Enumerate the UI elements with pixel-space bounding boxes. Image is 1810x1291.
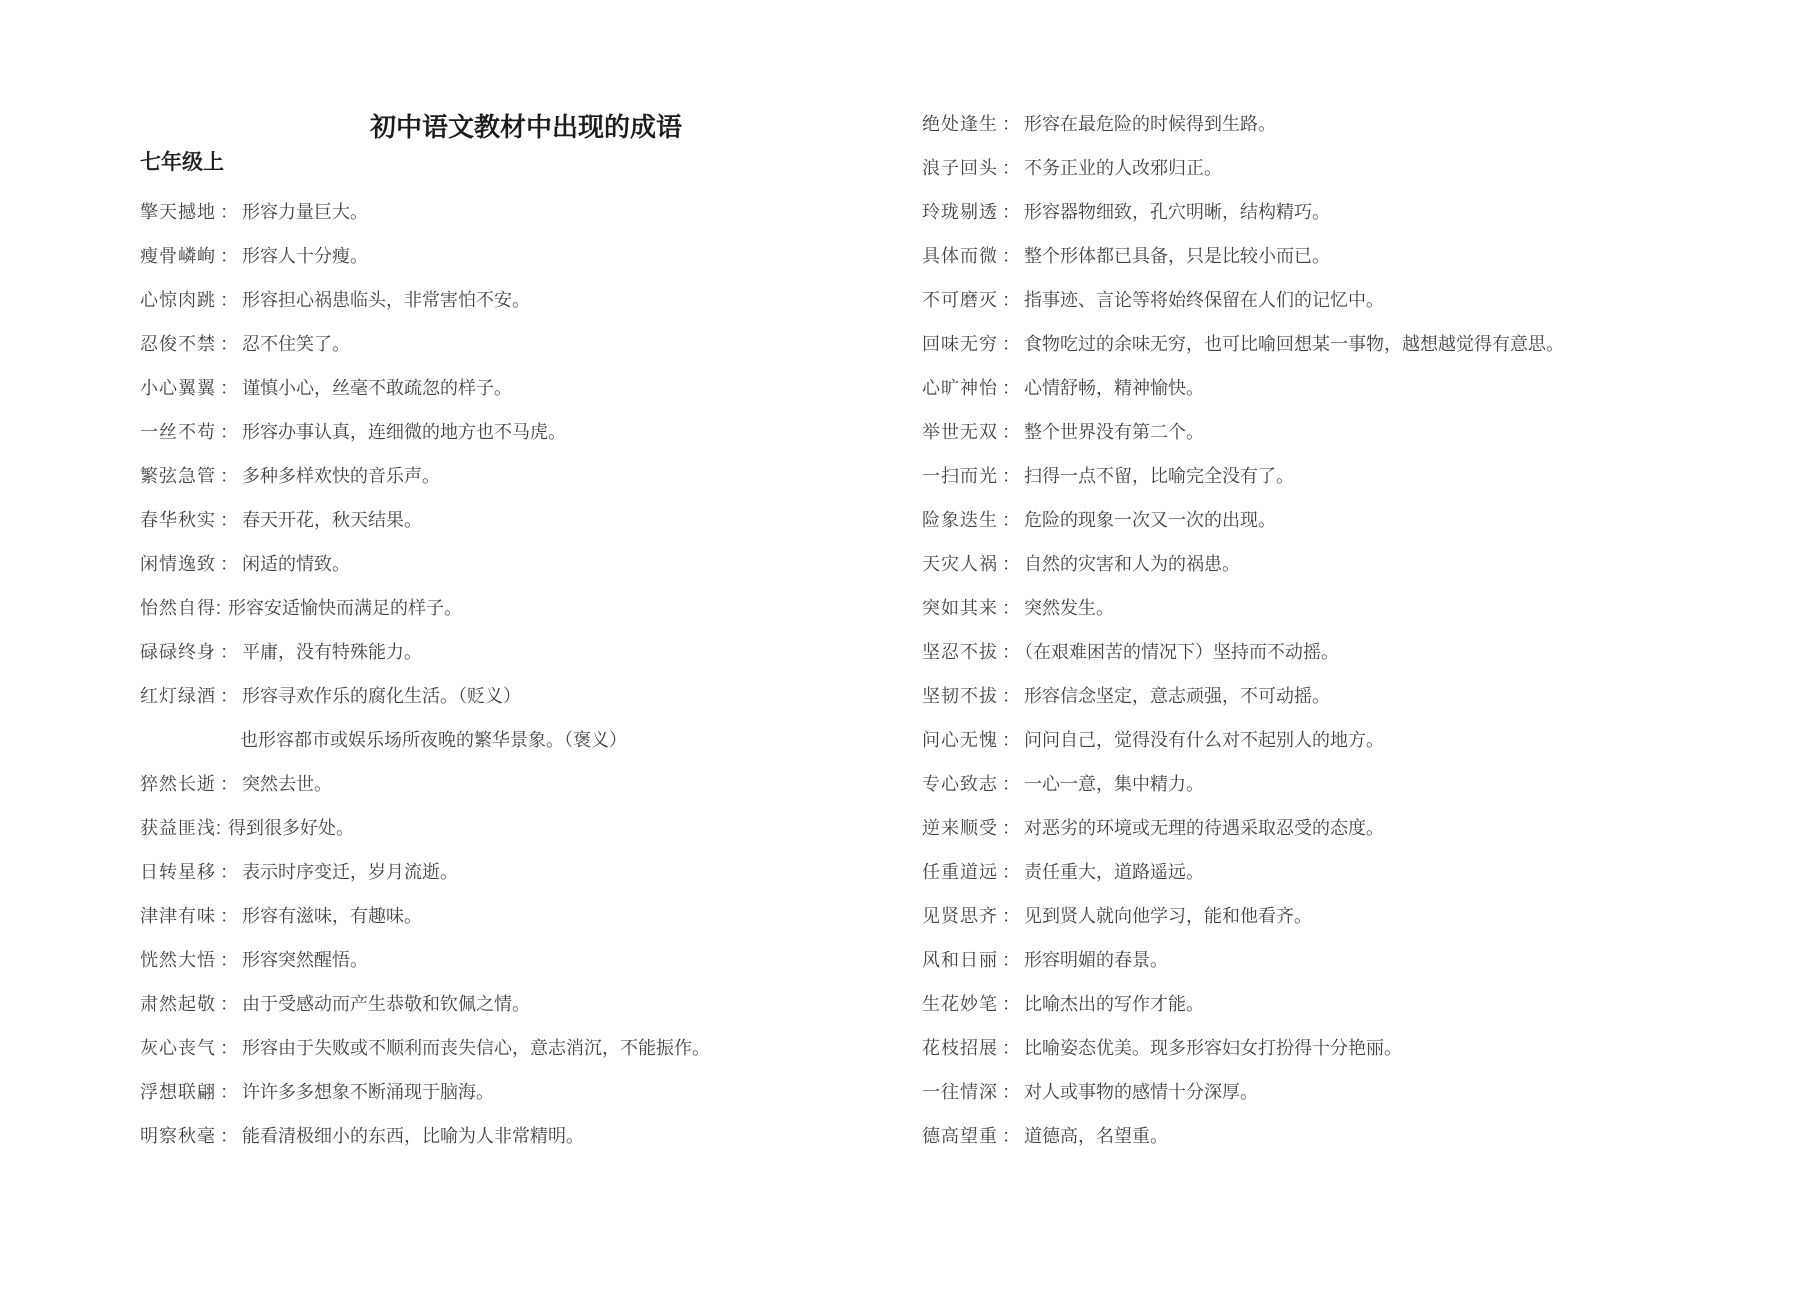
idiom-entry: 一往情深：对人或事物的感情十分深厚。: [922, 1070, 1682, 1114]
colon-separator: ：: [216, 774, 242, 794]
colon-separator: ：: [216, 686, 242, 706]
idiom-term: 获益匪浅: [140, 818, 216, 838]
idiom-definition: 形容有滋味，有趣味。: [242, 906, 422, 926]
colon-separator: ：: [216, 906, 242, 926]
idiom-entry: 具体而微：整个形体都已具备，只是比较小而已。: [922, 234, 1682, 278]
idiom-term: 逆来顺受: [922, 818, 998, 838]
idiom-definition: 春天开花，秋天结果。: [242, 510, 422, 530]
idiom-definition: 责任重大，道路遥远。: [1024, 862, 1204, 882]
idiom-entry: 闲情逸致：闲适的情致。: [140, 542, 920, 586]
idiom-definition: 形容明媚的春景。: [1024, 950, 1168, 970]
idiom-definition: 对人或事物的感情十分深厚。: [1024, 1082, 1258, 1102]
idiom-entry: 逆来顺受：对恶劣的环境或无理的待遇采取忍受的态度。: [922, 806, 1682, 850]
colon-separator: ：: [998, 598, 1024, 618]
idiom-term: 任重道远: [922, 862, 998, 882]
colon-separator: ：: [216, 202, 242, 222]
idiom-definition: 突然发生。: [1024, 598, 1114, 618]
idiom-entry: 也形容都市或娱乐场所夜晚的繁华景象。（褒义）: [140, 718, 920, 762]
idiom-term: 津津有味: [140, 906, 216, 926]
idiom-term: 怡然自得: [140, 598, 216, 618]
idiom-term: 举世无双: [922, 422, 998, 442]
idiom-definition: 忍不住笑了。: [242, 334, 350, 354]
idiom-term: 突如其来: [922, 598, 998, 618]
idiom-definition: 形容安适愉快而满足的样子。: [228, 598, 462, 618]
idiom-term: 红灯绿酒: [140, 686, 216, 706]
colon-separator: ：: [998, 1126, 1024, 1146]
idiom-definition: 指事迹、言论等将始终保留在人们的记忆中。: [1024, 290, 1384, 310]
idiom-definition: 扫得一点不留，比喻完全没有了。: [1024, 466, 1294, 486]
idiom-term: 灰心丧气: [140, 1038, 216, 1058]
idiom-entry: 问心无愧：问问自己，觉得没有什么对不起别人的地方。: [922, 718, 1682, 762]
idiom-definition: 整个形体都已具备，只是比较小而已。: [1024, 246, 1330, 266]
idiom-entry: 回味无穷：食物吃过的余味无穷，也可比喻回想某一事物，越想越觉得有意思。: [922, 322, 1682, 366]
idiom-entry: 猝然长逝：突然去世。: [140, 762, 920, 806]
idiom-entry: 获益匪浅:得到很多好处。: [140, 806, 920, 850]
idiom-entry: 德高望重：道德高，名望重。: [922, 1114, 1682, 1158]
idiom-term: 回味无穷: [922, 334, 998, 354]
colon-separator: ：: [998, 554, 1024, 574]
idiom-definition: 食物吃过的余味无穷，也可比喻回想某一事物，越想越觉得有意思。: [1024, 334, 1564, 354]
idiom-entry: 举世无双：整个世界没有第二个。: [922, 410, 1682, 454]
idiom-definition: 见到贤人就向他学习，能和他看齐。: [1024, 906, 1312, 926]
colon-separator: ：: [216, 246, 242, 266]
colon-separator: :: [216, 598, 221, 618]
idiom-entry: 恍然大悟：形容突然醒悟。: [140, 938, 920, 982]
idiom-term: 险象迭生: [922, 510, 998, 530]
idiom-definition: 比喻杰出的写作才能。: [1024, 994, 1204, 1014]
colon-separator: ：: [998, 642, 1024, 662]
colon-separator: ：: [998, 818, 1024, 838]
colon-separator: ：: [216, 290, 242, 310]
idiom-definition: 也形容都市或娱乐场所夜晚的繁华景象。（褒义）: [240, 730, 627, 750]
idiom-term: 生花妙笔: [922, 994, 998, 1014]
idiom-entry: 专心致志：一心一意，集中精力。: [922, 762, 1682, 806]
idiom-term: 繁弦急管: [140, 466, 216, 486]
colon-separator: ：: [998, 158, 1024, 178]
idiom-entry: 不可磨灭：指事迹、言论等将始终保留在人们的记忆中。: [922, 278, 1682, 322]
idiom-definition: 得到很多好处。: [228, 818, 354, 838]
idiom-definition: 形容在最危险的时候得到生路。: [1024, 114, 1276, 134]
idiom-entry: 心旷神怡：心情舒畅，精神愉快。: [922, 366, 1682, 410]
colon-separator: ：: [998, 994, 1024, 1014]
idiom-term: 不可磨灭: [922, 290, 998, 310]
idiom-term: 擎天撼地: [140, 202, 216, 222]
idiom-definition: 问问自己，觉得没有什么对不起别人的地方。: [1024, 730, 1384, 750]
idiom-entry: 一扫而光：扫得一点不留，比喻完全没有了。: [922, 454, 1682, 498]
idiom-entry: 肃然起敬：由于受感动而产生恭敬和钦佩之情。: [140, 982, 920, 1026]
idiom-term: 猝然长逝: [140, 774, 216, 794]
colon-separator: ：: [998, 906, 1024, 926]
idiom-term: 瘦骨嶙峋: [140, 246, 216, 266]
idiom-definition: 自然的灾害和人为的祸患。: [1024, 554, 1240, 574]
idiom-term: 问心无愧: [922, 730, 998, 750]
idiom-term: 坚忍不拔: [922, 642, 998, 662]
idiom-definition: 比喻姿态优美。现多形容妇女打扮得十分艳丽。: [1024, 1038, 1402, 1058]
idiom-term: 忍俊不禁: [140, 334, 216, 354]
idiom-term: 碌碌终身: [140, 642, 216, 662]
idiom-definition: 形容办事认真，连细微的地方也不马虎。: [242, 422, 566, 442]
idiom-entry: 忍俊不禁：忍不住笑了。: [140, 322, 920, 366]
idiom-term: 闲情逸致: [140, 554, 216, 574]
idiom-definition: 表示时序变迁，岁月流逝。: [242, 862, 458, 882]
colon-separator: ：: [998, 862, 1024, 882]
idiom-entry: 小心翼翼：谨慎小心，丝毫不敢疏忽的样子。: [140, 366, 920, 410]
idiom-definition: 形容寻欢作乐的腐化生活。（贬义）: [242, 686, 521, 706]
colon-separator: ：: [998, 246, 1024, 266]
idiom-entry: 险象迭生：危险的现象一次又一次的出现。: [922, 498, 1682, 542]
idiom-entry: 见贤思齐：见到贤人就向他学习，能和他看齐。: [922, 894, 1682, 938]
idiom-definition: 心情舒畅，精神愉快。: [1024, 378, 1204, 398]
idiom-entry: 明察秋毫：能看清极细小的东西，比喻为人非常精明。: [140, 1114, 920, 1158]
idiom-term: 心惊肉跳: [140, 290, 216, 310]
idiom-entry: 擎天撼地：形容力量巨大。: [140, 190, 920, 234]
colon-separator: ：: [216, 554, 242, 574]
idiom-term: 恍然大悟: [140, 950, 216, 970]
idiom-definition: 谨慎小心，丝毫不敢疏忽的样子。: [242, 378, 512, 398]
idiom-entry: 怡然自得:形容安适愉快而满足的样子。: [140, 586, 920, 630]
idiom-term: 浮想联翩: [140, 1082, 216, 1102]
idiom-term: 绝处逢生: [922, 114, 998, 134]
idiom-definition: 能看清极细小的东西，比喻为人非常精明。: [242, 1126, 584, 1146]
idiom-entry: 浮想联翩：许许多多想象不断涌现于脑海。: [140, 1070, 920, 1114]
idiom-definition: 形容由于失败或不顺利而丧失信心，意志消沉，不能振作。: [242, 1038, 710, 1058]
idiom-entry: 浪子回头：不务正业的人改邪归正。: [922, 146, 1682, 190]
idiom-definition: （在艰难困苦的情况下）坚持而不动摇。: [1024, 642, 1339, 662]
colon-separator: ：: [216, 1126, 242, 1146]
idiom-definition: 闲适的情致。: [242, 554, 350, 574]
idiom-entry: 一丝不苟：形容办事认真，连细微的地方也不马虎。: [140, 410, 920, 454]
idiom-entry: 坚韧不拔：形容信念坚定，意志顽强，不可动摇。: [922, 674, 1682, 718]
idiom-entry: 津津有味：形容有滋味，有趣味。: [140, 894, 920, 938]
idiom-entry: 生花妙笔：比喻杰出的写作才能。: [922, 982, 1682, 1026]
idiom-term: 玲珑剔透: [922, 202, 998, 222]
colon-separator: ：: [216, 378, 242, 398]
colon-separator: ：: [998, 686, 1024, 706]
idiom-term: 一往情深: [922, 1082, 998, 1102]
colon-separator: ：: [216, 1082, 242, 1102]
colon-separator: :: [216, 818, 221, 838]
colon-separator: ：: [216, 1038, 242, 1058]
idiom-entry: 坚忍不拔：（在艰难困苦的情况下）坚持而不动摇。: [922, 630, 1682, 674]
colon-separator: ：: [998, 774, 1024, 794]
colon-separator: ：: [998, 950, 1024, 970]
colon-separator: ：: [998, 422, 1024, 442]
idiom-entry: 瘦骨嶙峋：形容人十分瘦。: [140, 234, 920, 278]
colon-separator: ：: [998, 466, 1024, 486]
idiom-entry: 碌碌终身：平庸，没有特殊能力。: [140, 630, 920, 674]
colon-separator: ：: [998, 730, 1024, 750]
idiom-definition: 形容人十分瘦。: [242, 246, 368, 266]
colon-separator: ：: [998, 378, 1024, 398]
idiom-definition: 许许多多想象不断涌现于脑海。: [242, 1082, 494, 1102]
idiom-definition: 形容信念坚定，意志顽强，不可动摇。: [1024, 686, 1330, 706]
colon-separator: ：: [998, 1038, 1024, 1058]
idiom-definition: 由于受感动而产生恭敬和钦佩之情。: [242, 994, 530, 1014]
idiom-term: 小心翼翼: [140, 378, 216, 398]
idiom-term: 一扫而光: [922, 466, 998, 486]
colon-separator: ：: [216, 950, 242, 970]
idiom-term: 见贤思齐: [922, 906, 998, 926]
idiom-entry: 繁弦急管：多种多样欢快的音乐声。: [140, 454, 920, 498]
idiom-entry: 玲珑剔透：形容器物细致，孔穴明晰，结构精巧。: [922, 190, 1682, 234]
idiom-term: 坚韧不拔: [922, 686, 998, 706]
idiom-definition: 形容力量巨大。: [242, 202, 368, 222]
document-page: 初中语文教材中出现的成语 七年级上 擎天撼地：形容力量巨大。瘦骨嶙峋：形容人十分…: [0, 0, 1810, 1291]
colon-separator: ：: [998, 290, 1024, 310]
colon-separator: ：: [216, 422, 242, 442]
idiom-term: 日转星移: [140, 862, 216, 882]
idiom-definition: 突然去世。: [242, 774, 332, 794]
colon-separator: ：: [216, 466, 242, 486]
idiom-definition: 不务正业的人改邪归正。: [1024, 158, 1222, 178]
page-title: 初中语文教材中出现的成语: [140, 112, 912, 142]
colon-separator: ：: [216, 510, 242, 530]
right-column: 绝处逢生：形容在最危险的时候得到生路。浪子回头：不务正业的人改邪归正。玲珑剔透：…: [922, 102, 1682, 1158]
colon-separator: ：: [216, 862, 242, 882]
idiom-definition: 平庸，没有特殊能力。: [242, 642, 422, 662]
section-heading: 七年级上: [140, 150, 224, 176]
idiom-entry: 任重道远：责任重大，道路遥远。: [922, 850, 1682, 894]
idiom-term: 专心致志: [922, 774, 998, 794]
idiom-term: 具体而微: [922, 246, 998, 266]
idiom-entry: 花枝招展：比喻姿态优美。现多形容妇女打扮得十分艳丽。: [922, 1026, 1682, 1070]
colon-separator: ：: [216, 642, 242, 662]
idiom-definition: 一心一意，集中精力。: [1024, 774, 1204, 794]
idiom-definition: 形容突然醒悟。: [242, 950, 368, 970]
colon-separator: ：: [998, 114, 1024, 134]
idiom-definition: 对恶劣的环境或无理的待遇采取忍受的态度。: [1024, 818, 1384, 838]
idiom-entry: 绝处逢生：形容在最危险的时候得到生路。: [922, 102, 1682, 146]
idiom-entry: 突如其来：突然发生。: [922, 586, 1682, 630]
idiom-entry: 风和日丽：形容明媚的春景。: [922, 938, 1682, 982]
colon-separator: ：: [998, 1082, 1024, 1102]
idiom-definition: 形容器物细致，孔穴明晰，结构精巧。: [1024, 202, 1330, 222]
colon-separator: ：: [216, 994, 242, 1014]
idiom-term: 风和日丽: [922, 950, 998, 970]
idiom-term: 明察秋毫: [140, 1126, 216, 1146]
idiom-term: 德高望重: [922, 1126, 998, 1146]
idiom-definition: 形容担心祸患临头，非常害怕不安。: [242, 290, 530, 310]
idiom-term: 春华秋实: [140, 510, 216, 530]
idiom-definition: 多种多样欢快的音乐声。: [242, 466, 440, 486]
idiom-term: 肃然起敬: [140, 994, 216, 1014]
idiom-definition: 道德高，名望重。: [1024, 1126, 1168, 1146]
left-column: 擎天撼地：形容力量巨大。瘦骨嶙峋：形容人十分瘦。心惊肉跳：形容担心祸患临头，非常…: [140, 190, 920, 1158]
idiom-entry: 日转星移：表示时序变迁，岁月流逝。: [140, 850, 920, 894]
idiom-term: 心旷神怡: [922, 378, 998, 398]
idiom-term: 浪子回头: [922, 158, 998, 178]
idiom-term: 花枝招展: [922, 1038, 998, 1058]
idiom-entry: 灰心丧气：形容由于失败或不顺利而丧失信心，意志消沉，不能振作。: [140, 1026, 920, 1070]
idiom-entry: 天灾人祸：自然的灾害和人为的祸患。: [922, 542, 1682, 586]
idiom-definition: 整个世界没有第二个。: [1024, 422, 1204, 442]
colon-separator: ：: [998, 202, 1024, 222]
idiom-term: 天灾人祸: [922, 554, 998, 574]
idiom-entry: 红灯绿酒：形容寻欢作乐的腐化生活。（贬义）: [140, 674, 920, 718]
colon-separator: ：: [216, 334, 242, 354]
colon-separator: ：: [998, 334, 1024, 354]
idiom-entry: 春华秋实：春天开花，秋天结果。: [140, 498, 920, 542]
colon-separator: ：: [998, 510, 1024, 530]
idiom-definition: 危险的现象一次又一次的出现。: [1024, 510, 1276, 530]
idiom-term: 一丝不苟: [140, 422, 216, 442]
idiom-entry: 心惊肉跳：形容担心祸患临头，非常害怕不安。: [140, 278, 920, 322]
